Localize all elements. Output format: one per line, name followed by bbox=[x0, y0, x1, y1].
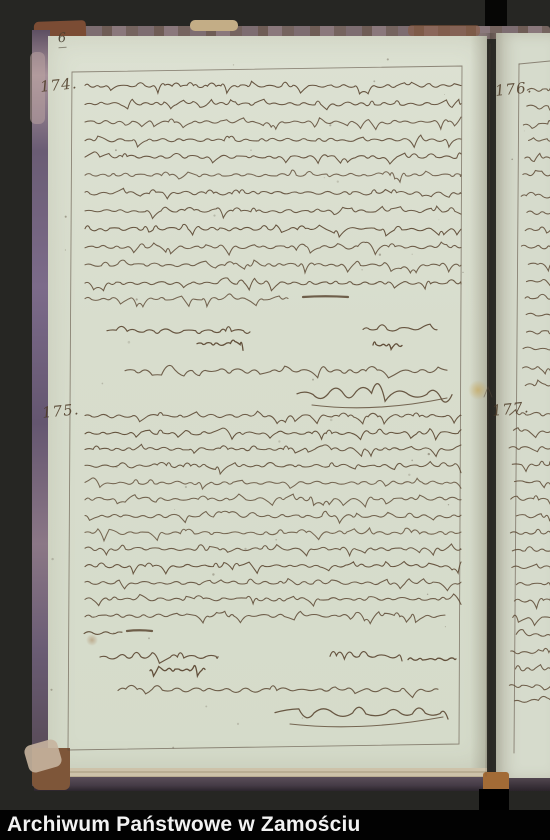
caption-text: Archiwum Państwowe w Zamościu bbox=[0, 813, 361, 837]
ink-layer bbox=[0, 0, 550, 810]
caption-bar: Archiwum Państwowe w Zamościu bbox=[0, 810, 550, 840]
archival-scan: 6 174. 175. 176. 177. Archiwum Państwowe… bbox=[0, 0, 550, 840]
photo-backdrop: 6 174. 175. 176. 177. bbox=[0, 0, 550, 810]
page-number: 6 bbox=[57, 31, 66, 49]
